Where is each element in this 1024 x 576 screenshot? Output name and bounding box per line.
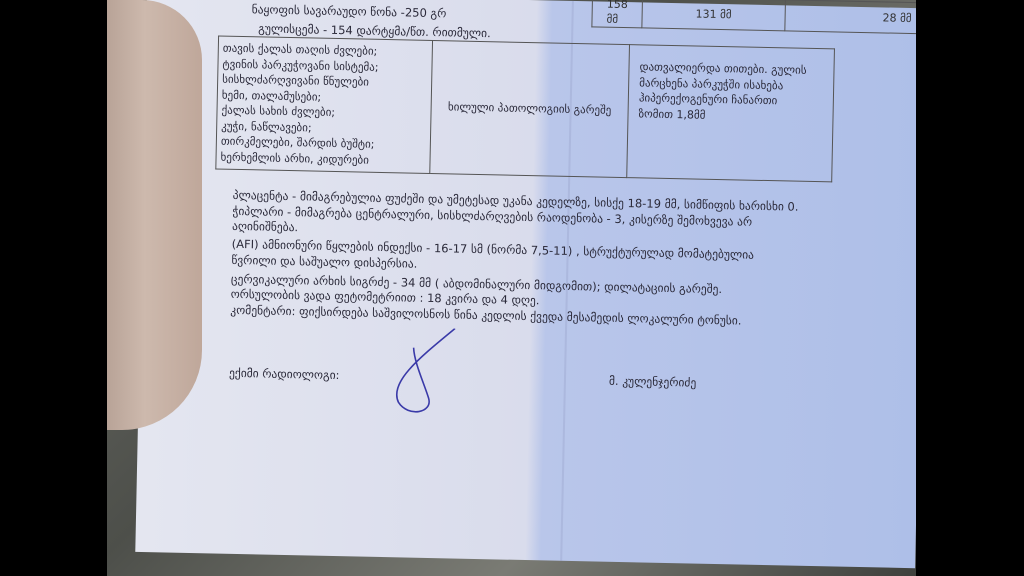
fetometry-table: 158 მმ 131 მმ 28 მმ [591,0,916,34]
signature-label: ექიმი რადიოლოგი: [229,366,340,383]
table-cell: 158 მმ [592,0,643,28]
notes-cell: დათვალიერდა თითები. გულის მარცხენა პარკუ… [627,45,835,182]
signature-scribble [378,327,470,419]
organs-cell: თავის ქალას თაღის ძვლები; ტვინის პარკუჭო… [216,36,433,173]
pathology-cell: ხილული პათოლოგიის გარეშე [430,40,630,177]
anatomy-table: თავის ქალას თაღის ძვლები; ტვინის პარკუჭო… [215,35,835,182]
table-cell: 28 მმ [785,0,916,34]
medical-report-paper: 158 მმ 131 მმ 28 მმ ნაყოფის სავარაუდო წო… [135,0,916,568]
organ-line: ხერხემლის არხი, კიდურები [220,149,425,169]
note-line: ზომით 1,8მმ [638,106,828,125]
table-cell: 131 მმ [642,0,785,31]
photo: 158 მმ 131 მმ 28 მმ ნაყოფის სავარაუდო წო… [107,0,916,576]
afi-paragraph-cont: წვრილი და საშუალო დისპერსია. [231,253,417,272]
umbilical-paragraph-cont: აღინიშნება. [232,219,298,235]
thumb-holding-paper [107,0,202,430]
doctor-name: მ. კულენჯერიძე [609,374,697,391]
fetal-weight: ნაყოფის სავარაუდო წონა -250 გრ [251,2,446,21]
